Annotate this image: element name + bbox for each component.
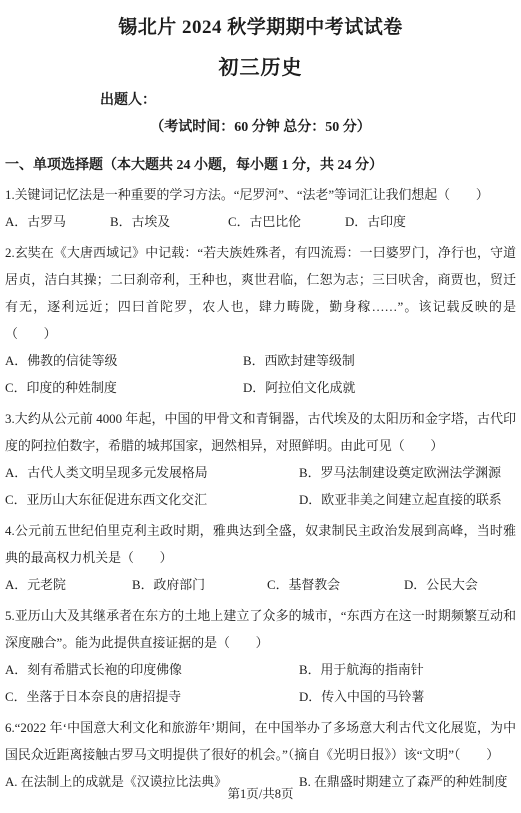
option: C．古巴比伦 <box>228 209 345 236</box>
option-row: A．元老院B．政府部门C．基督教会D．公民大会 <box>5 572 516 599</box>
option-row: C．亚历山大东征促进东西文化交汇D．欧亚非美之间建立起直接的联系 <box>5 487 516 514</box>
option: A．刻有希腊式长袍的印度佛像 <box>5 657 299 684</box>
page-subtitle: 初三历史 <box>5 54 516 82</box>
question-stem: 2.玄奘在《大唐西域记》中记载：“若夫族姓殊者，有四流焉：一曰婆罗门，净行也，守… <box>5 240 516 348</box>
question-stem: 4.公元前五世纪伯里克利主政时期，雅典达到全盛，奴隶制民主政治发展到高峰，当时雅… <box>5 518 516 572</box>
option: A．古罗马 <box>5 209 110 236</box>
question: 1.关键词记忆法是一种重要的学习方法。“尼罗河”、“法老”等词汇让我们想起（ ）… <box>5 182 516 236</box>
option-row: A．古罗马B．古埃及C．古巴比伦D．古印度 <box>5 209 516 236</box>
option: A．元老院 <box>5 572 132 599</box>
question-stem: 5.亚历山大及其继承者在东方的土地上建立了众多的城市，“东西方在这一时期频繁互动… <box>5 603 516 657</box>
option: C．基督教会 <box>267 572 404 599</box>
exam-info: （考试时间：60 分钟 总分：50 分） <box>5 116 516 140</box>
question-stem: 1.关键词记忆法是一种重要的学习方法。“尼罗河”、“法老”等词汇让我们想起（ ） <box>5 182 516 209</box>
page-title: 锡北片 2024 秋学期期中考试试卷 <box>5 14 516 42</box>
question-stem: 3.大约从公元前 4000 年起，中国的甲骨文和青铜器，古代埃及的太阳历和金字塔… <box>5 406 516 460</box>
page-number: 第1页/共8页 <box>0 784 521 802</box>
option: B．古埃及 <box>110 209 228 236</box>
author-label: 出题人： <box>100 90 516 112</box>
option: D．阿拉伯文化成就 <box>243 375 516 402</box>
page-body: 锡北片 2024 秋学期期中考试试卷 初三历史 出题人： （考试时间：60 分钟… <box>0 14 521 796</box>
option: B．西欧封建等级制 <box>243 348 516 375</box>
question: 2.玄奘在《大唐西域记》中记载：“若夫族姓殊者，有四流焉：一曰婆罗门，净行也，守… <box>5 240 516 402</box>
option: B．罗马法制建设奠定欧洲法学渊源 <box>299 460 516 487</box>
option: B．政府部门 <box>132 572 267 599</box>
option: C．印度的种姓制度 <box>5 375 243 402</box>
option: C．亚历山大东征促进东西文化交汇 <box>5 487 299 514</box>
exam-page: { "header": { "title": "锡北片 2024 秋学期期中考试… <box>0 0 521 813</box>
option-row: C．坐落于日本奈良的唐招提寺D．传入中国的马铃薯 <box>5 684 516 711</box>
option: D．古印度 <box>345 209 516 236</box>
question: 4.公元前五世纪伯里克利主政时期，雅典达到全盛，奴隶制民主政治发展到高峰，当时雅… <box>5 518 516 599</box>
option-row: C．印度的种姓制度D．阿拉伯文化成就 <box>5 375 516 402</box>
question-stem: 6.“2022 年‘中国意大利文化和旅游年’期间，在中国举办了多场意大利古代文化… <box>5 715 516 769</box>
option-row: A．古代人类文明呈现多元发展格局B．罗马法制建设奠定欧洲法学渊源 <box>5 460 516 487</box>
option: A．古代人类文明呈现多元发展格局 <box>5 460 299 487</box>
option-row: A．佛教的信徒等级B．西欧封建等级制 <box>5 348 516 375</box>
option: C．坐落于日本奈良的唐招提寺 <box>5 684 299 711</box>
option: D．欧亚非美之间建立起直接的联系 <box>299 487 516 514</box>
option: B．用于航海的指南针 <box>299 657 516 684</box>
option: D．公民大会 <box>404 572 516 599</box>
option: D．传入中国的马铃薯 <box>299 684 516 711</box>
option: A．佛教的信徒等级 <box>5 348 243 375</box>
question: 5.亚历山大及其继承者在东方的土地上建立了众多的城市，“东西方在这一时期频繁互动… <box>5 603 516 711</box>
question: 3.大约从公元前 4000 年起，中国的甲骨文和青铜器，古代埃及的太阳历和金字塔… <box>5 406 516 514</box>
question-list: 1.关键词记忆法是一种重要的学习方法。“尼罗河”、“法老”等词汇让我们想起（ ）… <box>5 182 516 796</box>
option-row: A．刻有希腊式长袍的印度佛像B．用于航海的指南针 <box>5 657 516 684</box>
section-heading: 一、单项选择题（本大题共 24 小题，每小题 1 分，共 24 分） <box>5 154 516 178</box>
